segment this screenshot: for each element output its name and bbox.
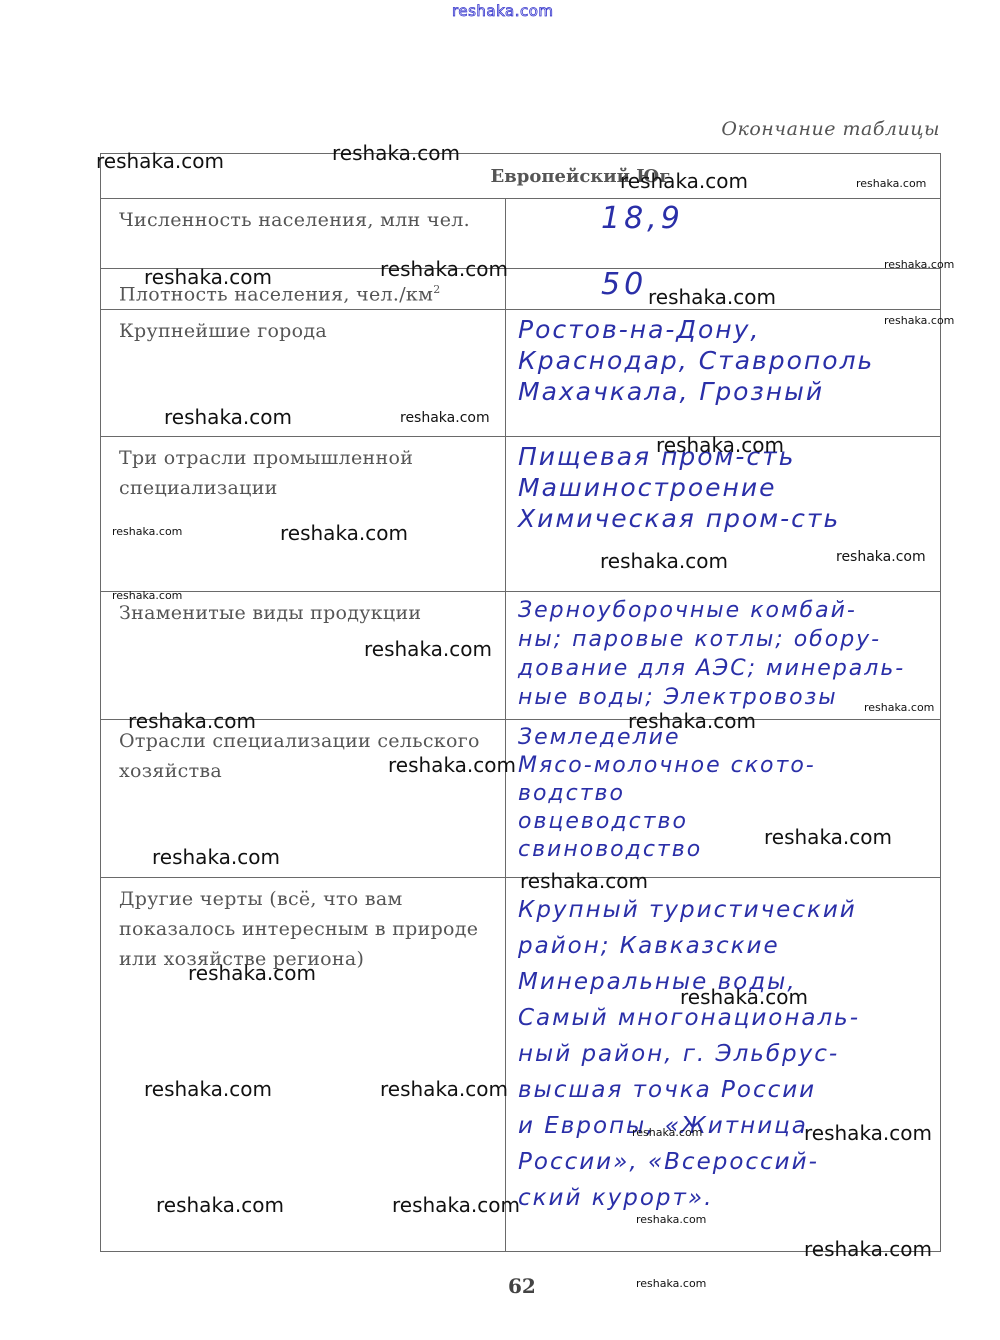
watermark: reshaka.com — [628, 709, 756, 733]
watermark: reshaka.com — [884, 258, 954, 271]
watermark: reshaka.com — [392, 1193, 520, 1217]
row-value-cities: Ростов-на-Дону, Краснодар, Ставрополь Ма… — [506, 310, 941, 437]
watermark: reshaka.com — [152, 845, 280, 869]
table-row: Численность населения, млн чел. 18,9 — [101, 199, 941, 269]
watermark: reshaka.com — [188, 961, 316, 985]
watermark: reshaka.com — [380, 1077, 508, 1101]
watermark: reshaka.com — [144, 1077, 272, 1101]
watermark: reshaka.com — [112, 525, 182, 538]
watermark: reshaka.com — [364, 637, 492, 661]
watermark: reshaka.com — [144, 265, 272, 289]
watermark: reshaka.com — [96, 149, 224, 173]
watermark: reshaka.com — [884, 314, 954, 327]
watermark: reshaka.com — [156, 1193, 284, 1217]
page-number: 62 — [508, 1274, 536, 1298]
row-label-industry: Три отрасли промышленной специализации — [101, 437, 506, 592]
watermark: reshaka.com — [620, 169, 748, 193]
watermark: reshaka.com — [804, 1121, 932, 1145]
table-row: Три отрасли промышленной специализации П… — [101, 437, 941, 592]
watermark: reshaka.com — [600, 549, 728, 573]
watermark: reshaka.com — [636, 1213, 706, 1226]
row-value-agriculture: Земледелие Мясо-молочное ското- водство … — [506, 720, 941, 878]
table-row: Знаменитые виды продукции Зерноуборочные… — [101, 592, 941, 720]
watermark: reshaka.com — [400, 410, 490, 426]
watermark: reshaka.com — [836, 549, 926, 565]
watermark: reshaka.com — [864, 701, 934, 714]
watermark: reshaka.com — [804, 1237, 932, 1261]
watermark: reshaka.com — [380, 257, 508, 281]
watermark: reshaka.com — [112, 589, 182, 602]
watermark: reshaka.com — [856, 177, 926, 190]
watermark: reshaka.com — [656, 433, 784, 457]
row-value-population: 18,9 — [506, 199, 941, 269]
watermark: reshaka.com — [388, 753, 516, 777]
watermark: reshaka.com — [164, 405, 292, 429]
watermark: reshaka.com — [648, 285, 776, 309]
watermark: reshaka.com — [280, 521, 408, 545]
watermark: reshaka.com — [764, 825, 892, 849]
table-header-row: Европейский Юг — [101, 154, 941, 199]
region-header: Европейский Юг — [101, 154, 941, 199]
watermark: reshaka.com — [680, 985, 808, 1009]
top-watermark: reshaka.com — [452, 2, 554, 20]
watermark: reshaka.com — [520, 869, 648, 893]
table-caption: Окончание таблицы — [721, 118, 940, 140]
watermark: reshaka.com — [636, 1277, 706, 1290]
watermark: reshaka.com — [128, 709, 256, 733]
watermark: reshaka.com — [632, 1126, 702, 1139]
row-value-other: Крупный туристический район; Кавказские … — [506, 878, 941, 1252]
watermark: reshaka.com — [332, 141, 460, 165]
